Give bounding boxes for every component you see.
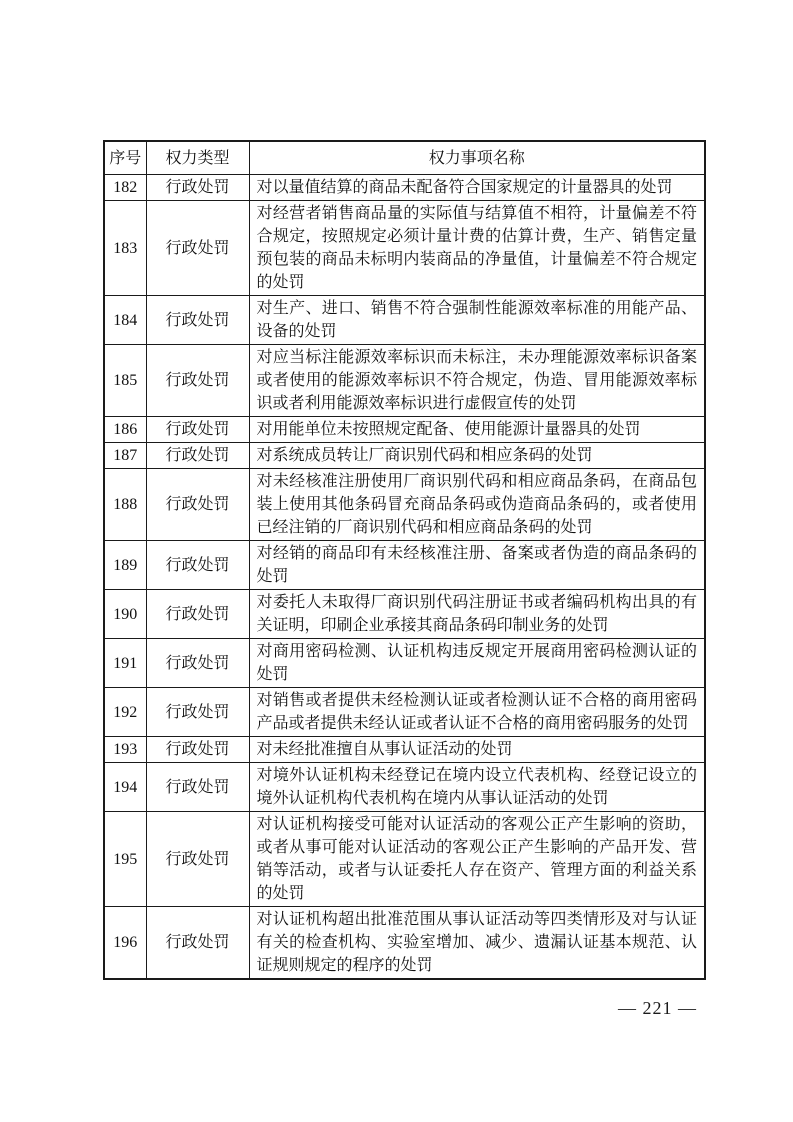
table-row: 191 行政处罚 对商用密码检测、认证机构违反规定开展商用密码检测认证的处罚: [104, 639, 705, 688]
page-number: — 221 —: [618, 998, 697, 1019]
cell-serial-number: 194: [104, 763, 146, 812]
cell-power-type: 行政处罚: [146, 812, 249, 907]
cell-power-type: 行政处罚: [146, 763, 249, 812]
table-row: 193 行政处罚 对未经批准擅自从事认证活动的处罚: [104, 737, 705, 763]
cell-power-item-name: 对未经批准擅自从事认证活动的处罚: [249, 737, 705, 763]
cell-serial-number: 195: [104, 812, 146, 907]
cell-serial-number: 189: [104, 541, 146, 590]
cell-power-item-name: 对系统成员转让厂商识别代码和相应条码的处罚: [249, 443, 705, 469]
table-row: 183 行政处罚 对经营者销售商品量的实际值与结算值不相符，计量偏差不符合规定，…: [104, 201, 705, 296]
cell-power-type: 行政处罚: [146, 201, 249, 296]
cell-power-item-name: 对经营者销售商品量的实际值与结算值不相符，计量偏差不符合规定，按照规定必须计量计…: [249, 201, 705, 296]
table-row: 187 行政处罚 对系统成员转让厂商识别代码和相应条码的处罚: [104, 443, 705, 469]
cell-power-item-name: 对以量值结算的商品未配备符合国家规定的计量器具的处罚: [249, 175, 705, 201]
cell-power-item-name: 对经销的商品印有未经核准注册、备案或者伪造的商品条码的处罚: [249, 541, 705, 590]
cell-serial-number: 196: [104, 907, 146, 980]
table-row: 182 行政处罚 对以量值结算的商品未配备符合国家规定的计量器具的处罚: [104, 175, 705, 201]
cell-power-type: 行政处罚: [146, 417, 249, 443]
table-row: 186 行政处罚 对用能单位未按照规定配备、使用能源计量器具的处罚: [104, 417, 705, 443]
cell-serial-number: 188: [104, 469, 146, 541]
table-row: 192 行政处罚 对销售或者提供未经检测认证或者检测认证不合格的商用密码产品或者…: [104, 688, 705, 737]
cell-serial-number: 182: [104, 175, 146, 201]
cell-power-item-name: 对境外认证机构未经登记在境内设立代表机构、经登记设立的境外认证机构代表机构在境内…: [249, 763, 705, 812]
table-body: 182 行政处罚 对以量值结算的商品未配备符合国家规定的计量器具的处罚 183 …: [104, 175, 705, 980]
cell-power-item-name: 对销售或者提供未经检测认证或者检测认证不合格的商用密码产品或者提供未经认证或者认…: [249, 688, 705, 737]
header-serial-number: 序号: [104, 141, 146, 175]
cell-power-type: 行政处罚: [146, 541, 249, 590]
cell-power-item-name: 对未经核准注册使用厂商识别代码和相应商品条码，在商品包装上使用其他条码冒充商品条…: [249, 469, 705, 541]
table-row: 188 行政处罚 对未经核准注册使用厂商识别代码和相应商品条码，在商品包装上使用…: [104, 469, 705, 541]
table-row: 194 行政处罚 对境外认证机构未经登记在境内设立代表机构、经登记设立的境外认证…: [104, 763, 705, 812]
cell-power-type: 行政处罚: [146, 590, 249, 639]
cell-power-type: 行政处罚: [146, 469, 249, 541]
cell-power-type: 行政处罚: [146, 737, 249, 763]
table-row: 196 行政处罚 对认证机构超出批准范围从事认证活动等四类情形及对与认证有关的检…: [104, 907, 705, 980]
cell-power-type: 行政处罚: [146, 688, 249, 737]
header-power-type: 权力类型: [146, 141, 249, 175]
cell-power-item-name: 对认证机构超出批准范围从事认证活动等四类情形及对与认证有关的检查机构、实验室增加…: [249, 907, 705, 980]
power-items-table: 序号 权力类型 权力事项名称 182 行政处罚 对以量值结算的商品未配备符合国家…: [103, 140, 706, 980]
cell-serial-number: 183: [104, 201, 146, 296]
cell-serial-number: 193: [104, 737, 146, 763]
cell-serial-number: 186: [104, 417, 146, 443]
cell-power-type: 行政处罚: [146, 443, 249, 469]
table-row: 195 行政处罚 对认证机构接受可能对认证活动的客观公正产生影响的资助，或者从事…: [104, 812, 705, 907]
cell-serial-number: 185: [104, 345, 146, 417]
cell-power-item-name: 对委托人未取得厂商识别代码注册证书或者编码机构出具的有关证明，印刷企业承接其商品…: [249, 590, 705, 639]
cell-power-item-name: 对用能单位未按照规定配备、使用能源计量器具的处罚: [249, 417, 705, 443]
table-header: 序号 权力类型 权力事项名称: [104, 141, 705, 175]
cell-power-item-name: 对认证机构接受可能对认证活动的客观公正产生影响的资助，或者从事可能对认证活动的客…: [249, 812, 705, 907]
cell-power-item-name: 对应当标注能源效率标识而未标注，未办理能源效率标识备案或者使用的能源效率标识不符…: [249, 345, 705, 417]
cell-serial-number: 190: [104, 590, 146, 639]
cell-power-type: 行政处罚: [146, 639, 249, 688]
cell-serial-number: 192: [104, 688, 146, 737]
cell-serial-number: 191: [104, 639, 146, 688]
header-row: 序号 权力类型 权力事项名称: [104, 141, 705, 175]
cell-power-type: 行政处罚: [146, 907, 249, 980]
table-row: 185 行政处罚 对应当标注能源效率标识而未标注，未办理能源效率标识备案或者使用…: [104, 345, 705, 417]
table-row: 190 行政处罚 对委托人未取得厂商识别代码注册证书或者编码机构出具的有关证明，…: [104, 590, 705, 639]
cell-power-type: 行政处罚: [146, 175, 249, 201]
cell-serial-number: 187: [104, 443, 146, 469]
cell-power-type: 行政处罚: [146, 345, 249, 417]
cell-serial-number: 184: [104, 296, 146, 345]
cell-power-item-name: 对生产、进口、销售不符合强制性能源效率标准的用能产品、设备的处罚: [249, 296, 705, 345]
cell-power-item-name: 对商用密码检测、认证机构违反规定开展商用密码检测认证的处罚: [249, 639, 705, 688]
table-row: 189 行政处罚 对经销的商品印有未经核准注册、备案或者伪造的商品条码的处罚: [104, 541, 705, 590]
header-power-item-name: 权力事项名称: [249, 141, 705, 175]
table-row: 184 行政处罚 对生产、进口、销售不符合强制性能源效率标准的用能产品、设备的处…: [104, 296, 705, 345]
cell-power-type: 行政处罚: [146, 296, 249, 345]
